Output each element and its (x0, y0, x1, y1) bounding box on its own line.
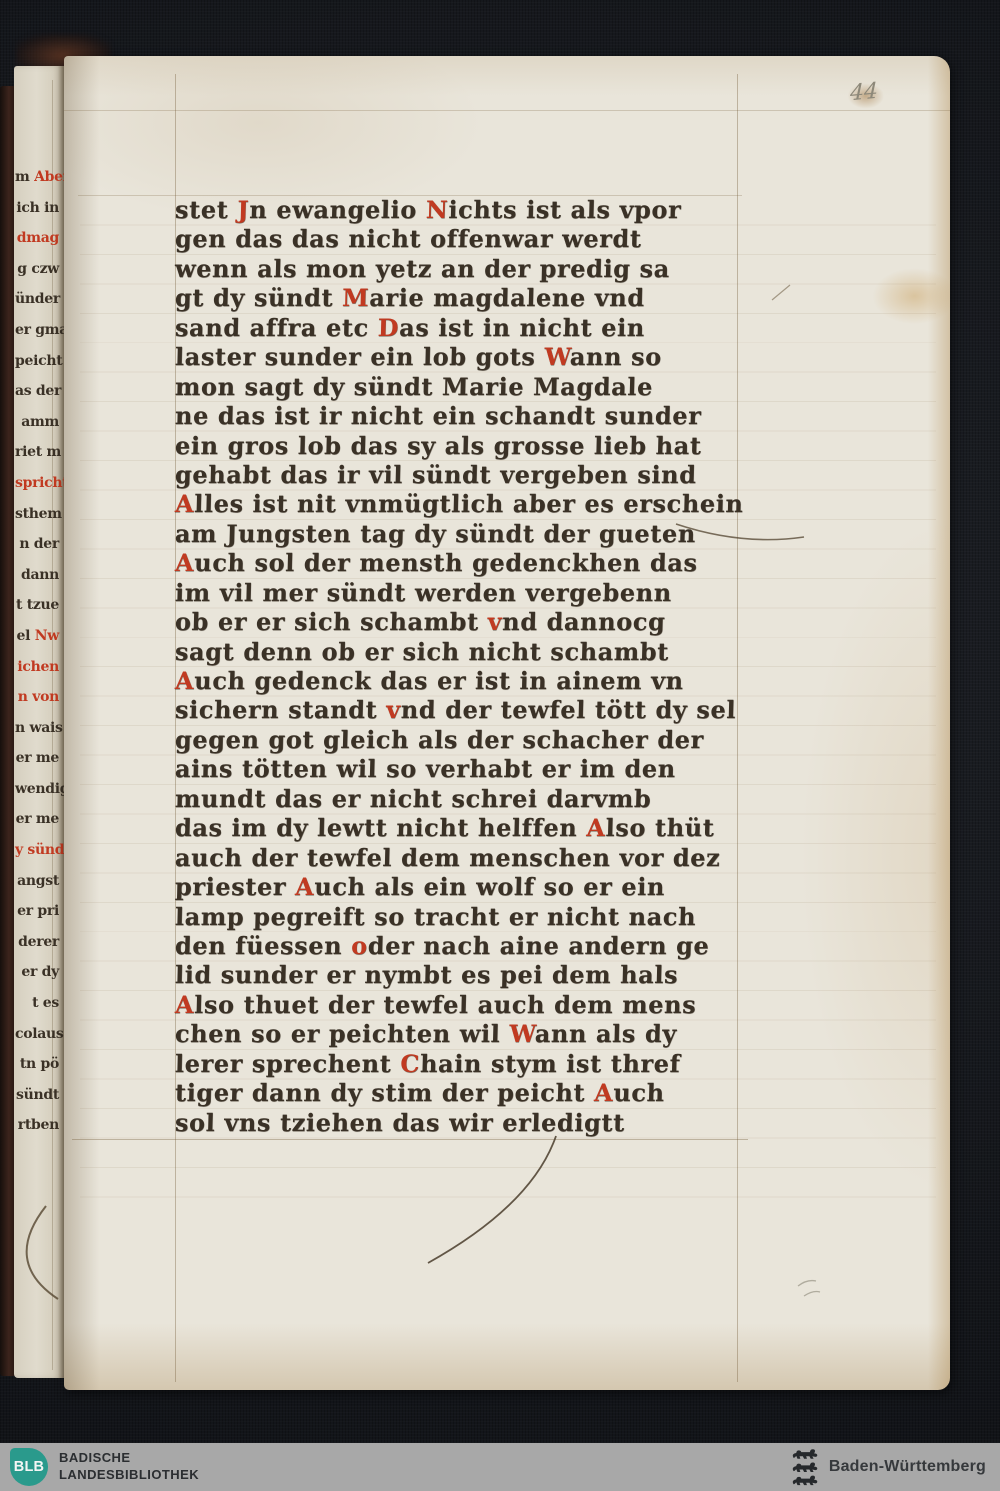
library-name-line1: BADISCHE (59, 1450, 199, 1467)
manuscript-line: laster sunder ein lob gots Wann so (175, 342, 750, 371)
previous-page-line: t tzue (15, 590, 59, 621)
previous-page-line: n von (15, 682, 59, 713)
previous-page-line: ich in (15, 193, 59, 224)
manuscript-line: am Jungsten tag dy sündt der gueten (175, 519, 750, 548)
manuscript-line: sand affra etc Das ist in nicht ein (175, 313, 750, 342)
manuscript-line: auch der tewfel dem menschen vor dez (175, 843, 750, 872)
manuscript-line: lid sunder er nymbt es pei dem hals (175, 960, 750, 989)
previous-page-line: sündt (15, 1080, 59, 1111)
previous-page-line: ünder (15, 284, 59, 315)
previous-page-line: n der (15, 529, 59, 560)
previous-page-line: m Aber (15, 162, 59, 193)
manuscript-line: mon sagt dy sündt Marie Magdale (175, 372, 750, 401)
manuscript-line: priester Auch als ein wolf so er ein (175, 872, 750, 901)
baden-wuerttemberg-coat-of-arms-icon (791, 1448, 818, 1486)
previous-page-line: colaus (15, 1019, 59, 1050)
manuscript-line: gehabt das ir vil sündt vergeben sind (175, 460, 750, 489)
manuscript-line: lamp pegreift so tracht er nicht nach (175, 902, 750, 931)
previous-page-line: dmag (15, 223, 59, 254)
previous-page-line: sthem (15, 499, 59, 530)
previous-page-line: er pri (15, 896, 59, 927)
previous-page-line: wendig (15, 774, 59, 805)
footer-banner: BLB BADISCHE LANDESBIBLIOTHEK Baden-Würt… (0, 1443, 1000, 1491)
manuscript-line: sagt denn ob er sich nicht schambt (175, 637, 750, 666)
previous-page-line: derer (15, 927, 59, 958)
manuscript-line: lerer sprechent Chain stym ist thref (175, 1049, 750, 1078)
previous-page-line: er gmain (15, 315, 59, 346)
manuscript-line: gegen got gleich als der schacher der (175, 725, 750, 754)
manuscript-line: Also thuet der tewfel auch dem mens (175, 990, 750, 1019)
blb-logo-icon: BLB (10, 1448, 48, 1486)
manuscript-page: 44 stet Jn ewangelio Nichts ist als vpor… (64, 56, 950, 1390)
manuscript-line: chen so er peichten wil Wann als dy (175, 1019, 750, 1048)
manuscript-line: ein gros lob das sy als grosse lieb hat (175, 431, 750, 460)
library-brand: BLB BADISCHE LANDESBIBLIOTHEK (10, 1448, 199, 1486)
manuscript-line: gen das das nicht offenwar werdt (175, 224, 750, 253)
previous-page-line: ichen (15, 652, 59, 683)
manuscript-line: Auch gedenck das er ist in ainem vn (175, 666, 750, 695)
manuscript-line: im vil mer sündt werden vergebenn (175, 578, 750, 607)
previous-page-line: er me (15, 804, 59, 835)
manuscript-line: stet Jn ewangelio Nichts ist als vpor (175, 195, 750, 224)
previous-page-line: n wais (15, 713, 59, 744)
manuscript-text: stet Jn ewangelio Nichts ist als vporgen… (175, 195, 749, 1137)
folio-number: 44 (850, 79, 878, 107)
manuscript-line: ob er er sich schambt vnd dannocg (175, 607, 750, 636)
manuscript-line: sol vns tziehen das wir erledigtt (175, 1108, 750, 1137)
previous-page-line: er dy (15, 957, 59, 988)
previous-page-text: m Aberich indmagg czwünderer gmainpeicht… (15, 162, 59, 1141)
manuscript-line: wenn als mon yetz an der predig sa (175, 254, 750, 283)
previous-page-line: as der (15, 376, 59, 407)
previous-page-line: dann (15, 560, 59, 591)
state-name: Baden-Württemberg (829, 1458, 986, 1476)
blb-logo-text: BLB (14, 1459, 44, 1475)
state-brand: Baden-Württemberg (791, 1448, 986, 1486)
ruling-line (72, 1139, 748, 1140)
previous-page-line: riet m (15, 437, 59, 468)
previous-page-line: er me (15, 743, 59, 774)
previous-page-line: el Nw (15, 621, 59, 652)
manuscript-line: ains tötten wil so verhabt er im den (175, 754, 750, 783)
previous-page-line: peicht (15, 346, 59, 377)
digitized-manuscript-view: m Aberich indmagg czwünderer gmainpeicht… (0, 0, 1000, 1491)
manuscript-line: den füessen oder nach aine andern ge (175, 931, 750, 960)
previous-page-line: spricht (15, 468, 59, 499)
previous-page-line: amm (15, 407, 59, 438)
manuscript-line: Auch sol der mensth gedenckhen das (175, 548, 750, 577)
manuscript-line: mundt das er nicht schrei darvmb (175, 784, 750, 813)
manuscript-line: Alles ist nit vnmügtlich aber es erschei… (175, 489, 750, 518)
previous-page-line: angst (15, 866, 59, 897)
library-name: BADISCHE LANDESBIBLIOTHEK (59, 1450, 199, 1483)
manuscript-line: sichern standt vnd der tewfel tött dy se… (175, 695, 750, 724)
previous-page-line: tn pö (15, 1049, 59, 1080)
previous-page-edge: m Aberich indmagg czwünderer gmainpeicht… (14, 66, 64, 1378)
previous-page-line: g czw (15, 254, 59, 285)
previous-page-line: y sündt (15, 835, 59, 866)
manuscript-line: tiger dann dy stim der peicht Auch (175, 1078, 750, 1107)
manuscript-line: das im dy lewtt nicht helffen Also thüt (175, 813, 750, 842)
manuscript-line: gt dy sündt Marie magdalene vnd (175, 283, 750, 312)
library-name-line2: LANDESBIBLIOTHEK (59, 1467, 199, 1484)
previous-page-line: t es (15, 988, 59, 1019)
ruling-line (64, 110, 950, 111)
previous-page-line: rtben (15, 1110, 59, 1141)
manuscript-line: ne das ist ir nicht ein schandt sunder (175, 401, 750, 430)
